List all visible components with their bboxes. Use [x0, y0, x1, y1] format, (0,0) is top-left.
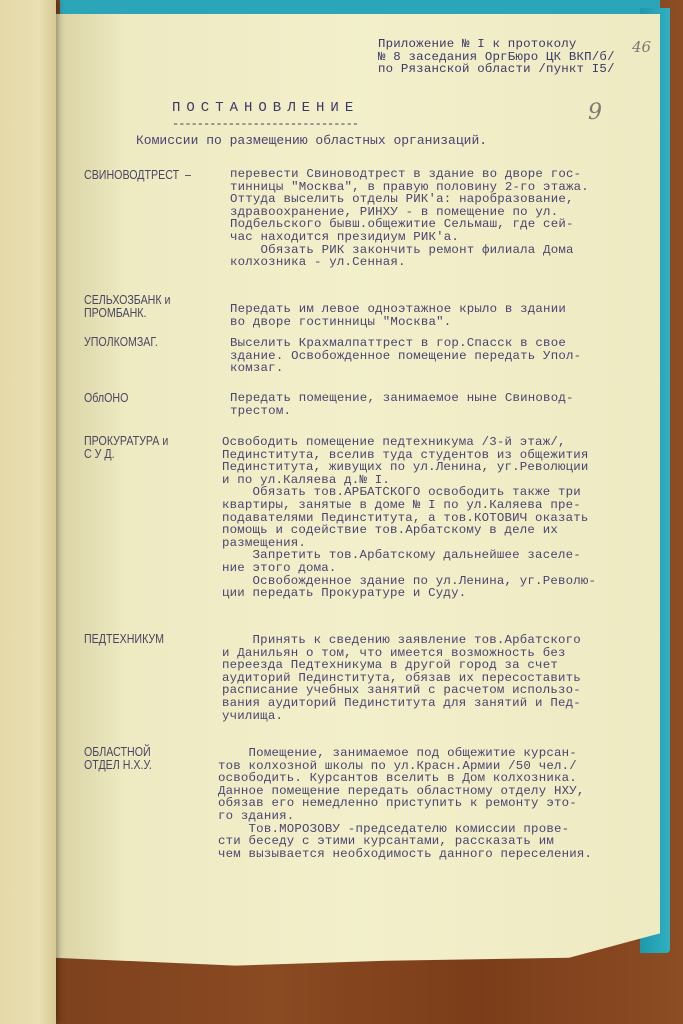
entry-label-upolkomzag: УПОЛКОМЗАГ.: [84, 335, 158, 348]
entry-label-oblono: ОблОНО: [84, 391, 128, 404]
entry-text-prokuratura: Освободить помещение педтехникума /3-й э…: [222, 436, 596, 600]
blue-folder-top-edge: [60, 0, 660, 14]
entry-label-selkhozbank: СЕЛЬХОЗБАНК и ПРОМБАНК.: [84, 293, 171, 319]
entry-text-upolkomzag: Выселить Крахмалпаттрест в гор.Спасск в …: [230, 337, 581, 375]
entry-label-pedtekhnikum: ПЕДТЕХНИКУМ: [84, 632, 164, 645]
document-subtitle: Комиссии по размещению областных организ…: [136, 133, 487, 148]
handwritten-page-number: 9: [588, 100, 602, 125]
entry-text-svinovodtrest: перевести Свиноводтрест в здание во двор…: [230, 168, 589, 269]
entry-text-selkhozbank: Передать им левое одноэтажное крыло в зд…: [230, 303, 566, 328]
handwritten-folio-number: 46: [632, 38, 651, 56]
entry-text-oblono: Передать помещение, занимаемое ныне Свин…: [230, 392, 574, 417]
entry-label-prokuratura: ПРОКУРАТУРА и С У Д.: [84, 434, 168, 460]
entry-label-svinovodtrest: СВИНОВОДТРЕСТ –: [84, 168, 191, 181]
document-title: ПОСТАНОВЛЕНИЕ: [172, 100, 359, 116]
entry-text-oblastnoy-otdel-nhu: Помещение, занимаемое под общежитие курс…: [218, 747, 592, 860]
entry-text-pedtekhnikum: Принять к сведению заявление тов.Арбатск…: [222, 634, 581, 722]
previous-page-edge: [0, 0, 56, 1024]
entry-label-oblastnoy-otdel-nhu: ОБЛАСТНОЙ ОТДЕЛ Н.Х.У.: [84, 745, 152, 771]
title-underline: ------------------------------: [172, 117, 358, 131]
appendix-header-note: Приложение № I к протоколу № 8 заседания…: [378, 38, 615, 76]
